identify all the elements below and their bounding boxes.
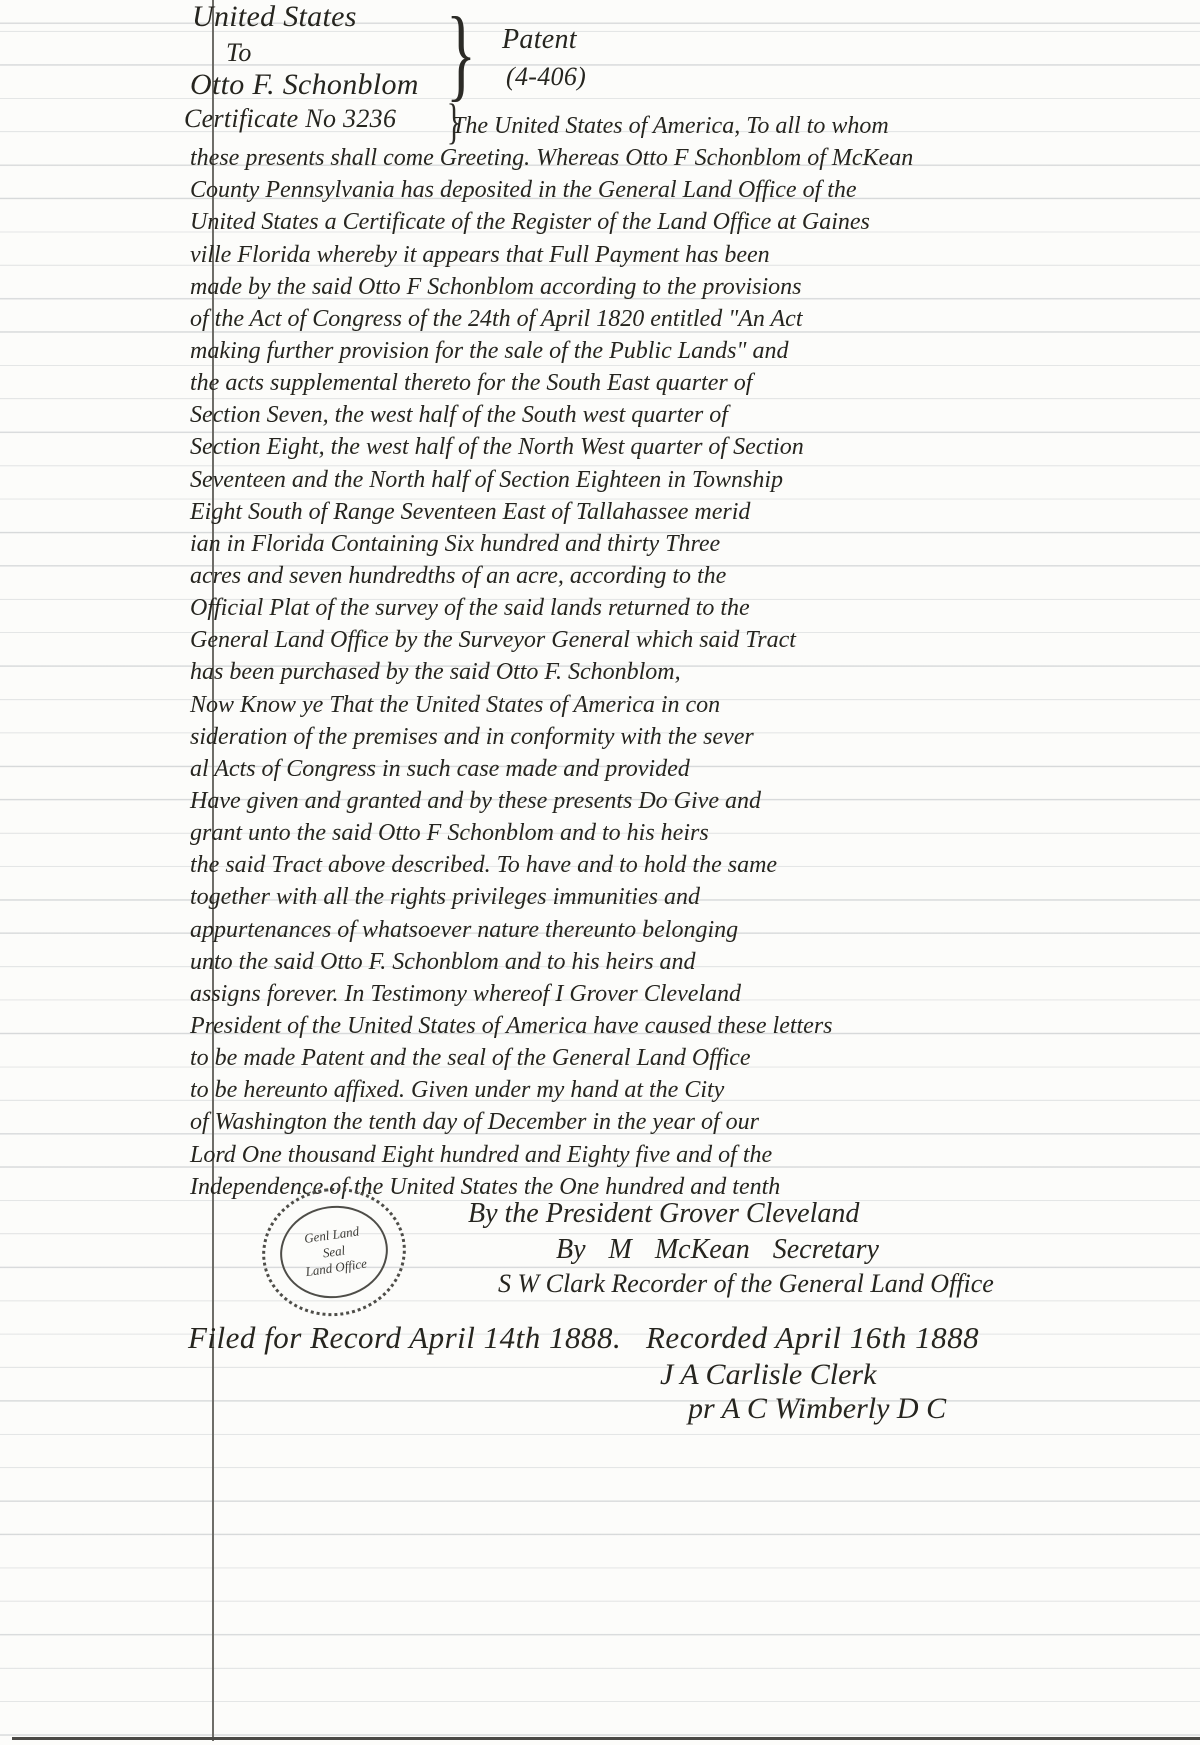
scan-bottom-edge <box>12 1737 1200 1740</box>
document-line: made by the said Otto F Schonblom accord… <box>190 271 1080 303</box>
document-line: ville Florida whereby it appears that Fu… <box>190 239 1080 271</box>
document-line: Section Eight, the west half of the Nort… <box>190 431 1080 463</box>
document-line: ian in Florida Containing Six hundred an… <box>190 528 1080 560</box>
document-line: Section Seven, the west half of the Sout… <box>190 399 1080 431</box>
document-line: Have given and granted and by these pres… <box>190 785 1080 817</box>
document-line: to be made Patent and the seal of the Ge… <box>190 1042 1080 1074</box>
doc-type-label: Patent <box>502 24 577 56</box>
document-line: President of the United States of Americ… <box>190 1010 1080 1042</box>
deputy-clerk-signature: pr A C Wimberly D C <box>688 1392 946 1426</box>
document-line: making further provision for the sale of… <box>190 335 1080 367</box>
grantee-name: Otto F. Schonblom <box>190 68 419 102</box>
document-line: has been purchased by the said Otto F. S… <box>190 656 1080 688</box>
document-line: to be hereunto affixed. Given under my h… <box>190 1074 1080 1106</box>
seal-line: Land Office <box>305 1256 368 1281</box>
document-line: of Washington the tenth day of December … <box>190 1106 1080 1138</box>
document-line: unto the said Otto F. Schonblom and to h… <box>190 946 1080 978</box>
document-line: the said Tract above described. To have … <box>190 849 1080 881</box>
document-line: General Land Office by the Surveyor Gene… <box>190 624 1080 656</box>
document-line: County Pennsylvania has deposited in the… <box>190 174 1080 206</box>
filed-for-record-line: Filed for Record April 14th 1888. Record… <box>188 1320 979 1356</box>
land-office-seal-text: Genl Land Seal Land Office <box>274 1199 394 1305</box>
doc-number: (4-406) <box>506 62 586 92</box>
president-signature-line: By the President Grover Cleveland <box>468 1198 859 1230</box>
patent-body-text: The United States of America, To all to … <box>190 110 1080 1203</box>
document-line: of the Act of Congress of the 24th of Ap… <box>190 303 1080 335</box>
document-line: the acts supplemental thereto for the So… <box>190 367 1080 399</box>
document-line: Lord One thousand Eight hundred and Eigh… <box>190 1139 1080 1171</box>
document-line: Seventeen and the North half of Section … <box>190 464 1080 496</box>
to-label: To <box>226 38 252 68</box>
document-line: together with all the rights privileges … <box>190 881 1080 913</box>
document-line: Eight South of Range Seventeen East of T… <box>190 496 1080 528</box>
document-line: acres and seven hundredths of an acre, a… <box>190 560 1080 592</box>
scanned-land-patent-page: United States To Otto F. Schonblom Certi… <box>0 0 1200 1745</box>
secretary-signature-line: By M McKean Secretary <box>556 1234 879 1266</box>
document-line: assigns forever. In Testimony whereof I … <box>190 978 1080 1010</box>
header-brace-icon: } <box>446 2 476 106</box>
document-line: al Acts of Congress in such case made an… <box>190 753 1080 785</box>
recorder-signature-line: S W Clark Recorder of the General Land O… <box>498 1269 994 1299</box>
document-line: these presents shall come Greeting. Wher… <box>190 142 1080 174</box>
document-line: sideration of the premises and in confor… <box>190 721 1080 753</box>
document-line: Official Plat of the survey of the said … <box>190 592 1080 624</box>
grantor-name: United States <box>192 0 357 34</box>
document-line: grant unto the said Otto F Schonblom and… <box>190 817 1080 849</box>
document-line: Now Know ye That the United States of Am… <box>190 689 1080 721</box>
document-line: The United States of America, To all to … <box>190 110 1080 142</box>
document-line: United States a Certificate of the Regis… <box>190 206 1080 238</box>
clerk-signature: J A Carlisle Clerk <box>660 1358 876 1392</box>
document-line: appurtenances of whatsoever nature there… <box>190 914 1080 946</box>
